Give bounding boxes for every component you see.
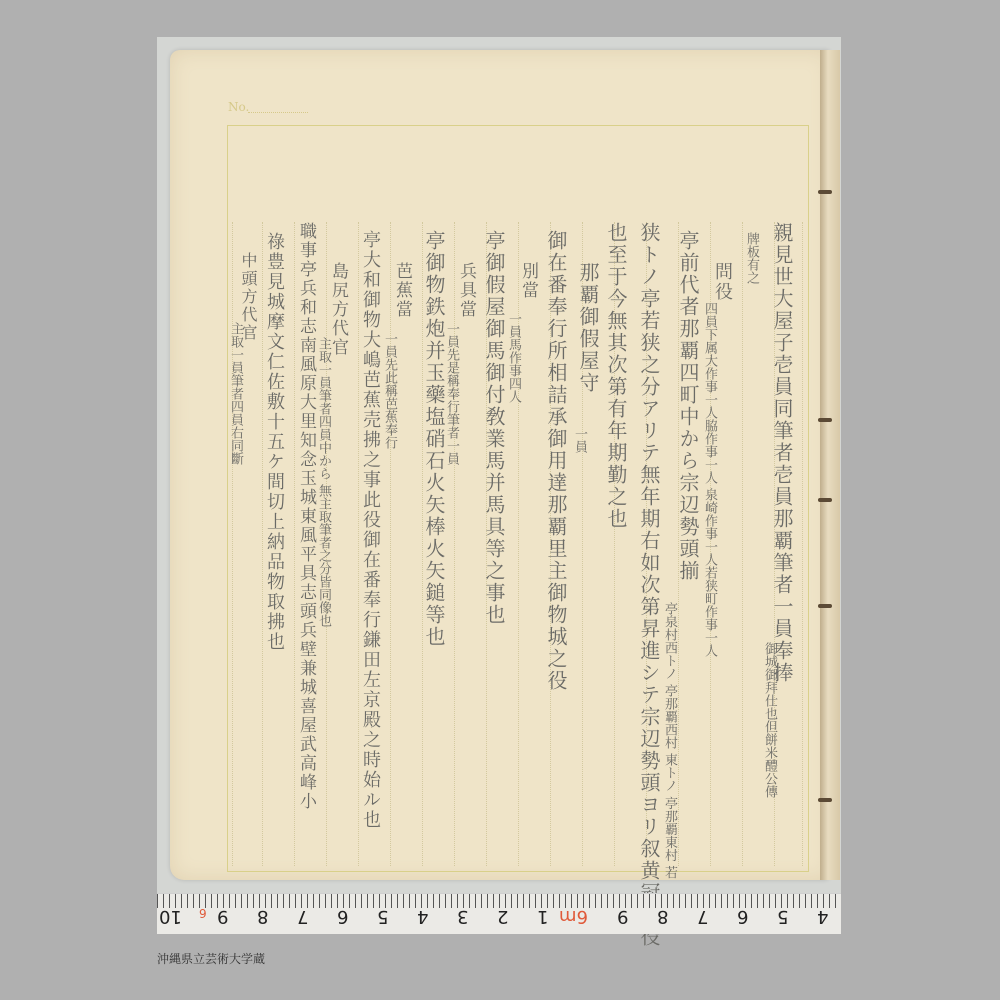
- manuscript-column: 那覇御假屋守: [576, 262, 600, 394]
- ruler-label: 6m: [559, 906, 588, 927]
- manuscript-note: 一員先此稱芭蕉奉行: [382, 332, 396, 449]
- binding-stitch: [818, 798, 832, 802]
- ruler-label: 5: [777, 906, 788, 927]
- manuscript-note: 四員下属大作事一人脇作事一人 泉崎作事一人若狭町作事一人: [702, 302, 716, 657]
- binding-stitch: [818, 418, 832, 422]
- ruler-label: 9: [217, 906, 228, 927]
- ruler-label: 3: [457, 906, 468, 927]
- manuscript-column: 親見世大屋子壱員同筆者壱員那覇筆者一員奉捧: [770, 222, 794, 684]
- manuscript-note: 主取一員筆者四員右同斷: [228, 322, 242, 465]
- manuscript-column: 職事亭兵和志南風原大里知念玉城東風平具志頭兵壁兼城喜屋武高峰小: [294, 222, 318, 811]
- ruler-label: 9: [617, 906, 628, 927]
- manuscript-note: 主取一員筆者四員中から 無主取筆者之分皆同像也: [316, 337, 330, 627]
- manuscript-column: 亭大和御物大嶋芭蕉売拂之事此役御在番奉行鎌田左京殿之時始ル也: [358, 230, 382, 830]
- manuscript-note: 一員馬作事四人: [506, 312, 520, 403]
- binding-stitch: [818, 498, 832, 502]
- page-number-line: [248, 112, 308, 113]
- ruler-label: 4: [417, 906, 428, 927]
- manuscript-body: 親見世大屋子壱員同筆者壱員那覇筆者一員奉捧 御城御拜仕也但餅米醴公傳 牌板有之 …: [232, 222, 802, 866]
- ruler-label: 2: [497, 906, 508, 927]
- ruler-label: 8: [657, 906, 668, 927]
- manuscript-column: 祿豊見城摩文仁佐敷十五ケ間切上納品物取拂也: [262, 232, 286, 652]
- collection-credit: 沖縄県立芸術大学蔵: [157, 950, 265, 967]
- ruler-label: 7: [697, 906, 708, 927]
- ruler-label: 6: [199, 906, 207, 920]
- page-number-label: No.: [228, 100, 249, 114]
- ruler-label: 4: [817, 906, 828, 927]
- manuscript-column: 也至于今無其次第有年期勤之也: [604, 222, 628, 530]
- manuscript-column: 牌板有之: [744, 232, 758, 284]
- ruler-label: 6: [737, 906, 748, 927]
- manuscript-column: 亭御物鉄炮并玉藥塩硝石火矢棒火矢鎚等也: [422, 230, 446, 648]
- manuscript-column: 亭御假屋御馬御付敎業馬并馬具等之事也: [482, 230, 506, 626]
- ruler-label: 7: [297, 906, 308, 927]
- ruler-label: 10: [159, 906, 182, 927]
- ruler-label: 6: [337, 906, 348, 927]
- manuscript-note: 一員: [572, 427, 586, 453]
- measuring-ruler: 10 6 9 8 7 6 5 4 3 2 1 6m 9 8 7 6 5 4: [157, 893, 841, 934]
- ruler-label: 1: [537, 906, 548, 927]
- manuscript-note: 亭泉村西トノ 亭那覇西村 東トノ 亭那覇東村 若: [662, 602, 676, 879]
- manuscript-column: 狭トノ亭若狭之分アリテ無年期右如次第昇進シテ宗辺勢頭ヨリ叙黄冠退役: [637, 222, 661, 948]
- ruler-label: 5: [377, 906, 388, 927]
- manuscript-column: 御在番奉行所相詰承御用達那覇里主御物城之役: [544, 230, 568, 692]
- manuscript-note: 御城御拜仕也但餅米醴公傳: [762, 642, 776, 798]
- manuscript-column: 亭前代者那覇四町中から宗辺勢頭揃: [676, 230, 700, 582]
- binding-stitch: [818, 604, 832, 608]
- manuscript-note: 一員先是稱奉行筆者一員: [444, 322, 458, 465]
- manuscript-column: 別當: [516, 262, 540, 300]
- ruler-label: 8: [257, 906, 268, 927]
- book-spine: [820, 50, 840, 880]
- manuscript-column: 兵具當: [454, 262, 478, 319]
- binding-stitch: [818, 190, 832, 194]
- manuscript-column: 芭蕉當: [390, 262, 414, 319]
- manuscript-column: 問役: [710, 262, 734, 302]
